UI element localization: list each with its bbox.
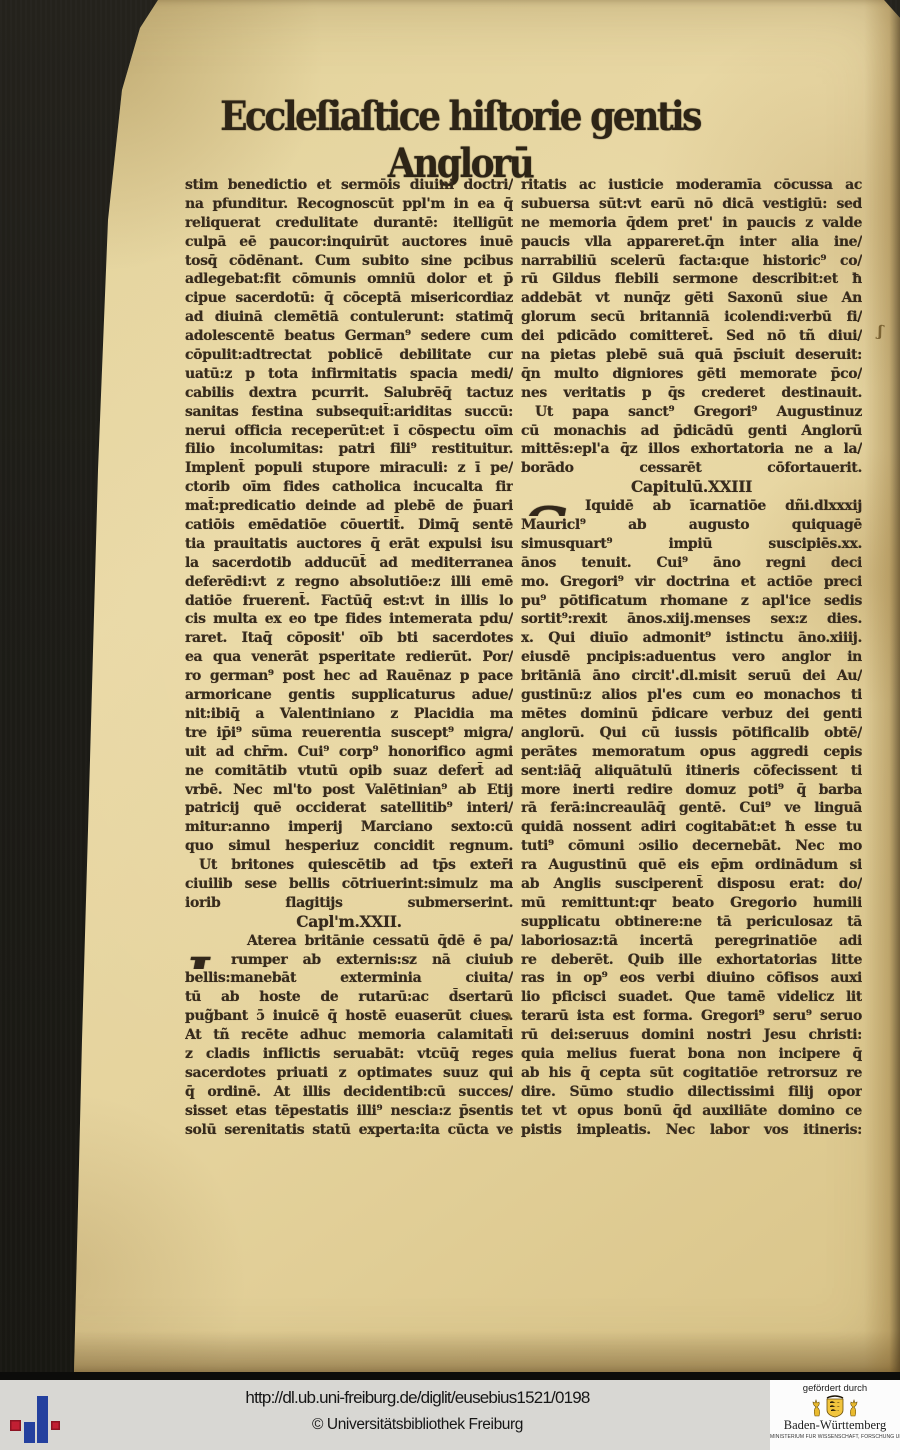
text-line: rū Gildus flebili sermone describit:et ħ bbox=[521, 270, 862, 289]
text-line: terarū ista est forma. Gregori⁹ seru⁹ se… bbox=[521, 1007, 862, 1026]
text-line: sisset etas tēpestatis illi⁹ nescia:z p̄… bbox=[185, 1102, 513, 1121]
text-line: deferēdi:vt z regno absolutiōe:z illi em… bbox=[185, 573, 513, 592]
text-line: paucis vlla appareret.q̄n inter alia ine… bbox=[521, 233, 862, 252]
text-line: culpā eē paucor:inquirūt auctores inuē bbox=[185, 233, 513, 252]
text-line: mētes dominū p̄dicare verbuz dei genti bbox=[521, 705, 862, 724]
text-line: adlegebat:fit cōmunis omniū dolor et p̄ bbox=[185, 270, 513, 289]
text-line: Capl'm.XXII. bbox=[185, 913, 513, 932]
text-line: ra Augustinū quē eis ep̄m ordinādum si bbox=[521, 856, 862, 875]
text-line: mū remittunt:qr beato Gregorio humili bbox=[521, 894, 862, 913]
baden-wuerttemberg-coat-of-arms-icon bbox=[770, 1394, 900, 1420]
text-line: cis multa ex eo tpe fides intemerata pdu… bbox=[185, 610, 513, 629]
text-line: solū serenitatis statū experta:ita cūcta… bbox=[185, 1121, 513, 1140]
text-line: eiusdē pncipis:aduentus vero anglor in bbox=[521, 648, 862, 667]
text-line: ras in op⁹ eos verbi diuino cōfisos auxi bbox=[521, 969, 862, 988]
persistent-url: http://dl.ub.uni-freiburg.de/diglit/euse… bbox=[70, 1388, 765, 1408]
drop-cap-initial: S bbox=[521, 497, 585, 516]
text-line: mo. Gregori⁹ vir doctrina et actiōe prec… bbox=[521, 573, 862, 592]
text-line: ctorib oīm fides catholica incucalta fir bbox=[185, 478, 513, 497]
text-line: tuti⁹ cōmuni ɔsilio decernebāt. Nec mo bbox=[521, 837, 862, 856]
text-line: la sacerdotib adducūt̄ ad mediterranea bbox=[185, 554, 513, 573]
text-line: sortit⁹:rexit ānos.xiij.menses sex:z die… bbox=[521, 610, 862, 629]
funding-region-name: Baden-Württemberg bbox=[770, 1418, 900, 1433]
footer-center-text: http://dl.ub.uni-freiburg.de/diglit/euse… bbox=[70, 1388, 765, 1434]
text-line: ab his q̄ cepta sūt cogitatiōe retrorsuz… bbox=[521, 1064, 862, 1083]
text-line: Mauricl⁹ ab augusto quiquagē bbox=[521, 516, 862, 535]
text-line: patricij quē occiderat satellitib⁹ inter… bbox=[185, 799, 513, 818]
text-line: supplicatu obtinere:ne tā periculosaz tā bbox=[521, 913, 862, 932]
text-line: At tñ recēte adhuc memoria calamitat̄i bbox=[185, 1026, 513, 1045]
text-line: na pfunditur. Recognoscūt ppl'm in ea q̄ bbox=[185, 195, 513, 214]
text-line: borādo cessarēt cōfortauerit. bbox=[521, 459, 862, 478]
logo-blue-bar-icon bbox=[37, 1396, 48, 1443]
text-line: narrabiliū scelerū facta:que historic⁹ c… bbox=[521, 252, 862, 271]
text-line: Aterea britānie cessatū q̄dē ē pa/ bbox=[185, 932, 513, 951]
scan-footer-divider bbox=[0, 1372, 900, 1380]
text-line: pu⁹ pōtificatum rhomane z apl'ice sedis bbox=[521, 592, 862, 611]
text-line: simusquart⁹ impiū suscipiēs.xx. bbox=[521, 535, 862, 554]
text-line: catiōis emēdatiōe cōuertit̄. Dimq̄ sentē bbox=[185, 516, 513, 535]
text-line: datiōe fruerent̄. Factūq̄ est:vt in illi… bbox=[185, 592, 513, 611]
text-line: subuersa sūt:vt earū nō dicā vestigiū: s… bbox=[521, 195, 862, 214]
text-line: Ut papa sanct⁹ Gregori⁹ Augustinuz bbox=[521, 403, 862, 422]
text-line: cū monachis ad p̄dicādū genti Anglorū bbox=[521, 422, 862, 441]
drop-cap-initial: I bbox=[185, 951, 231, 970]
text-line: vrbē. Nec ml'to post Valētinian⁹ ab Etij bbox=[185, 781, 513, 800]
text-line: ānos tenuit. Cui⁹ āno regni deci bbox=[521, 554, 862, 573]
text-line: pistis impleatis. Nec labor vos itineris… bbox=[521, 1121, 862, 1140]
page-title: Eccleſiaſtice hiſtorie gentis Anglorū bbox=[150, 93, 770, 187]
left-text-column: stim benedictio et sermōis diuini doctri… bbox=[185, 176, 513, 1139]
text-line: rā ferā:increaulāq̄ gentē. Cui⁹ ve lingu… bbox=[521, 799, 862, 818]
logo-red-square-icon bbox=[51, 1421, 60, 1430]
text-line: q̄ ordinē. At illis decidentib:cū succes… bbox=[185, 1083, 513, 1102]
text-line: sacerdotes priuati z optimates suuz qui bbox=[185, 1064, 513, 1083]
text-line: anglorū. Qui cū iussis pōtificalib obtē/ bbox=[521, 724, 862, 743]
text-line: sanitas festina subsequit̄:ariditas succ… bbox=[185, 403, 513, 422]
text-line: adolescentē beatus German⁹ sedere cum bbox=[185, 327, 513, 346]
text-line: lio pficisci suadet. Que tamē videlicz l… bbox=[521, 988, 862, 1007]
text-line: tet vt opus bonū q̄d auxiliāte domino ce bbox=[521, 1102, 862, 1121]
text-line: cipue sacerdotū: q̄ cōceptā misericordia… bbox=[185, 289, 513, 308]
text-line: dei pdicādo comitteret̄. Sed nō tñ diui/ bbox=[521, 327, 862, 346]
text-line: bellis:manebāt exterminia ciuita/ bbox=[185, 969, 513, 988]
text-line: x. Qui diuīo admonit⁹ istinctu āno.xiiij… bbox=[521, 629, 862, 648]
text-line: rū dei:seruus domini nostri Jesu christi… bbox=[521, 1026, 862, 1045]
text-line: Capitulū.XXIII bbox=[521, 478, 862, 497]
text-line: Ut britones quiescētib ad tp̄s exter̄i bbox=[185, 856, 513, 875]
text-line: ne comitātib vtutū opib suaz defert̄ ad bbox=[185, 762, 513, 781]
text-line: ritatis ac iusticie moderamīa cōcussa ac bbox=[521, 176, 862, 195]
library-footer-bar: http://dl.ub.uni-freiburg.de/diglit/euse… bbox=[0, 1380, 900, 1450]
text-line: Implent̄ populi stupore miraculi: z ī pe… bbox=[185, 459, 513, 478]
text-line: nit:ibiq̄ a Valentiniano z Placidia ma bbox=[185, 705, 513, 724]
text-line: ro german⁹ post hec ad Rauēnaz p pace bbox=[185, 667, 513, 686]
text-line: stim benedictio et sermōis diuini doctri… bbox=[185, 176, 513, 195]
text-line: quidā nossent adiri cogitabāt:et ħ esse … bbox=[521, 818, 862, 837]
text-line: addebāt vt nunq̄z gēti Saxonū siue An bbox=[521, 289, 862, 308]
text-line: SIquidē ab īcarnatiōe dñi.dlxxxij bbox=[521, 497, 862, 516]
text-line: z cladis inflictis seruabāt: vtcūq̄ rege… bbox=[185, 1045, 513, 1064]
text-line: tū ab hoste de rutarū:ac d̄sertarū bbox=[185, 988, 513, 1007]
logo-blue-bar-icon bbox=[24, 1422, 35, 1443]
text-line: raret. Itaq̄ cōposit' oīb bti sacerdotes bbox=[185, 629, 513, 648]
text-line: ad diuinā clemētiā contulerunt: statimq̄ bbox=[185, 308, 513, 327]
text-line: dire. Sūmo studio dilectissimi filij opo… bbox=[521, 1083, 862, 1102]
text-line: uit ad chr̄m. Cui⁹ corp⁹ honorifico agmi bbox=[185, 743, 513, 762]
text-line: quo simul hesperiuz concidit regnum. bbox=[185, 837, 513, 856]
text-line: reliquerat credulitate durantē: itelligū… bbox=[185, 214, 513, 233]
text-line: tre ip̄i⁹ sūma reuerentia suscept⁹ migra… bbox=[185, 724, 513, 743]
text-line: mittēs:epl'a q̄z illos exhortatoria ne a… bbox=[521, 440, 862, 459]
text-line: cabilis dextra pcurrit. Salubrēq̄ tactuz bbox=[185, 384, 513, 403]
text-line: gustinū:z alios pl'es cum eo monachos ti bbox=[521, 686, 862, 705]
text-line: nerui officia receperūt:et ī cōspectu oī… bbox=[185, 422, 513, 441]
text-line: na pietas plebē suā quā p̄sciuit deserui… bbox=[521, 346, 862, 365]
copyright-notice: © Universitätsbibliothek Freiburg bbox=[70, 1416, 765, 1434]
text-line: laboriosaz:tā incertā peregrinatiōe adi bbox=[521, 932, 862, 951]
text-line: filio incolumitas: patri fili⁹ restituit… bbox=[185, 440, 513, 459]
digitized-book-screenshot: Eccleſiaſtice hiſtorie gentis Anglorū st… bbox=[0, 0, 900, 1450]
text-line: more inerti redire domuz poti⁹ q̄ barba bbox=[521, 781, 862, 800]
text-line: sent:iāq̄ aliquātulū itineris cōfecissen… bbox=[521, 762, 862, 781]
text-line: quia melius fuerat bona non incipere q̄ bbox=[521, 1045, 862, 1064]
text-line: ne memoria q̄dem pret' in paucis z valde bbox=[521, 214, 862, 233]
text-line: tosq̄ cōdēnant. Cum subito sine pcibus bbox=[185, 252, 513, 271]
handwritten-margin-mark: ʃ bbox=[876, 322, 884, 341]
text-line: tia prauitatis auctores q̄ erāt expulsi … bbox=[185, 535, 513, 554]
logo-red-square-icon bbox=[10, 1420, 21, 1431]
funding-label: gefördert durch bbox=[770, 1383, 900, 1394]
text-line: pug̃bant ɔ̄ inuicē q̄ hostē euaserūt ciu… bbox=[185, 1007, 513, 1026]
text-line: uatū:z p tota infirmitatis spacia medi/ bbox=[185, 365, 513, 384]
text-line: armoricane gentis supplicaturus adue/ bbox=[185, 686, 513, 705]
text-line: mat̄:predicatio deinde ad plebē de p̄uar… bbox=[185, 497, 513, 516]
text-line: q̄n multo digniores gēti memorate p̄co/ bbox=[521, 365, 862, 384]
text-line: ciuilib sese bellis cōtriuerint:simulz m… bbox=[185, 875, 513, 894]
text-line: britāniā āno circit'.dl.misit seruū dei … bbox=[521, 667, 862, 686]
text-line: iorib flagitijs submerserint. bbox=[185, 894, 513, 913]
text-line: glorum secū britanniā icolendi:verbū fi/ bbox=[521, 308, 862, 327]
text-line: perātes memoratum opus aggredi cepis bbox=[521, 743, 862, 762]
text-line: cōpulit:adtrectat poblicē debilitate cur bbox=[185, 346, 513, 365]
funding-ministry-name: MINISTERIUM FÜR WISSENSCHAFT, FORSCHUNG … bbox=[770, 1434, 900, 1440]
text-line: re deberēt. Quib ille exhortatorias litt… bbox=[521, 951, 862, 970]
right-text-column: ritatis ac iusticie moderamīa cōcussa ac… bbox=[521, 176, 862, 1139]
text-line: ea qua venerāt psperitate redierūt. Por/ bbox=[185, 648, 513, 667]
text-line: Irumper ab externis:sz nā ciuiub bbox=[185, 951, 513, 970]
text-line: ab Anglis susciperent̄ disposu erat: do/ bbox=[521, 875, 862, 894]
funding-box: gefördert durch Baden-Württemb bbox=[770, 1380, 900, 1450]
text-line: mitur:anno imperij Marciano sexto:cū bbox=[185, 818, 513, 837]
manuscript-page: Eccleſiaſtice hiſtorie gentis Anglorū st… bbox=[0, 0, 900, 1372]
text-line: nes veritatis p q̄s crederet destinauit. bbox=[521, 384, 862, 403]
